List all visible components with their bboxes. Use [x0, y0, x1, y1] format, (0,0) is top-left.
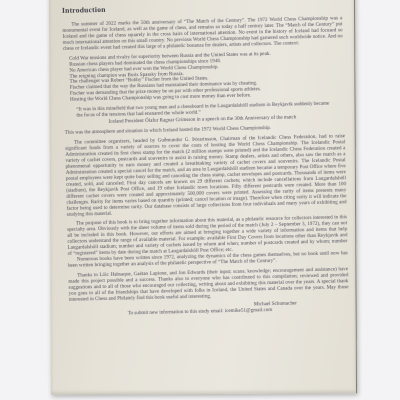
page-content: Introduction The summer of 2022 marks th…: [62, 0, 349, 318]
thanks-paragraph: Thanks to Löic Habsaque, Gaétan Lapione,…: [68, 267, 349, 303]
intro-paragraph: The summer of 2022 marks the 50th annive…: [62, 16, 343, 52]
page-title: Introduction: [62, 0, 342, 15]
photo-background: Introduction The summer of 2022 marks th…: [0, 0, 400, 400]
context-list: Cold War tensions and rivalry for superi…: [69, 50, 338, 104]
document-page: Introduction The summer of 2022 marks th…: [49, 0, 357, 395]
committee-paragraph: The committee organizers, headed by Guðm…: [65, 134, 347, 218]
